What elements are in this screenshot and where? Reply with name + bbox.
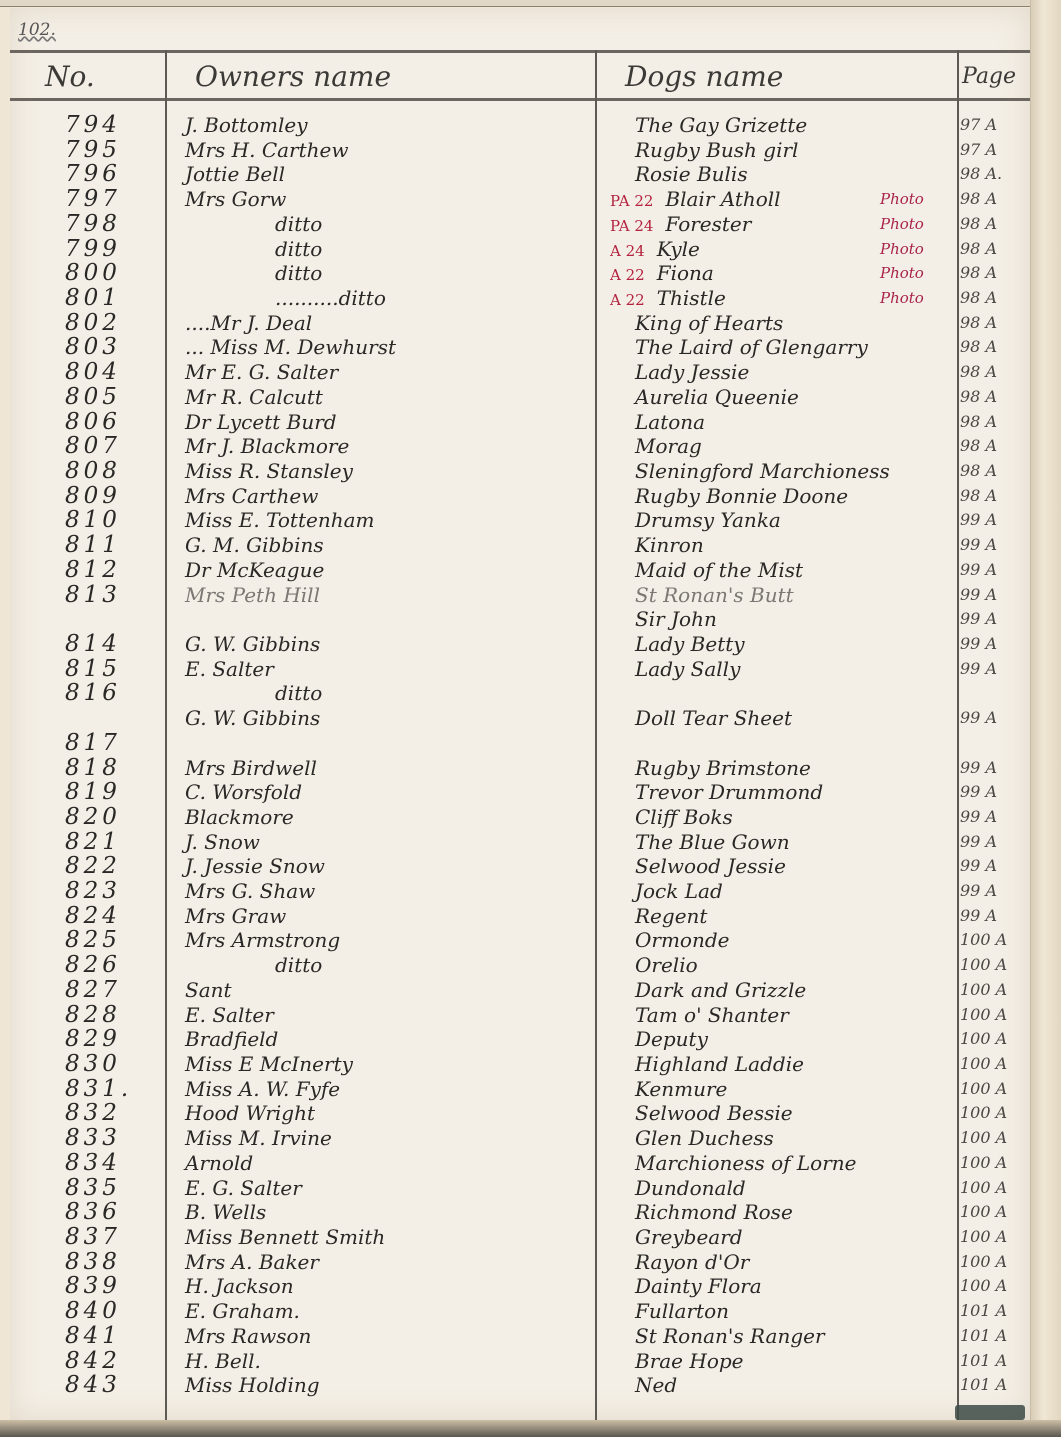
dog-name: Deputy (635, 1027, 708, 1051)
header-top-rule (10, 50, 1030, 53)
dog-name: Blair Atholl (665, 187, 780, 211)
dog-name: Lady Betty (635, 632, 745, 656)
owner-name: Miss Holding (185, 1370, 595, 1400)
dog-name: Marchioness of Lorne (635, 1151, 856, 1175)
dog-name: Dark and Grizzle (635, 978, 806, 1002)
column-header-owner: Owners name (195, 58, 391, 96)
entry-number: 843 (65, 1370, 175, 1400)
dog-name: Aurelia Queenie (635, 385, 799, 409)
dog-name: Drumsy Yanka (635, 508, 781, 532)
dog-name: Maid of the Mist (635, 558, 803, 582)
column-header-dog: Dogs name (625, 58, 783, 96)
dog-name: Trevor Drummond (635, 780, 823, 804)
dog-name: Dainty Flora (635, 1274, 762, 1298)
dog-name: Morag (635, 434, 702, 458)
registry-code: PA 22 (610, 192, 653, 210)
dog-name: Glen Duchess (635, 1126, 774, 1150)
dog-name: Sleningford Marchioness (635, 459, 890, 483)
dog-name: Greybeard (635, 1225, 743, 1249)
dog-name: The Laird of Glengarry (635, 335, 868, 359)
dog-name: Fiona (657, 261, 714, 285)
header-bottom-rule (10, 98, 1030, 101)
ledger-row: 843Miss HoldingNed101 A (10, 1370, 1030, 1400)
dog-name: Forester (665, 212, 751, 236)
book-bottom-edge (0, 1420, 1061, 1437)
dog-name: Doll Tear Sheet (635, 706, 792, 730)
book-top-edge (0, 0, 1061, 7)
dog-name: Orelio (635, 953, 698, 977)
registry-code: A 22 (610, 291, 645, 309)
dog-name: Lady Jessie (635, 360, 749, 384)
dog-name: The Gay Grizette (635, 113, 807, 137)
dog-name: Thistle (657, 286, 726, 310)
dog-name-cell: Ned (610, 1370, 975, 1400)
registry-code: PA 24 (610, 217, 653, 235)
dog-name: Cliff Boks (635, 805, 733, 829)
dog-name: Richmond Rose (635, 1200, 793, 1224)
column-header-no: No. (45, 58, 95, 96)
dog-name: Kinron (635, 533, 704, 557)
dog-name: Rosie Bulis (635, 162, 748, 186)
registry-code: A 22 (610, 266, 645, 284)
page-stack-edge (1030, 0, 1061, 1437)
dog-name: Sir John (635, 607, 717, 631)
dog-name: Highland Laddie (635, 1052, 804, 1076)
page-number: 102. (18, 20, 56, 40)
dog-name: Ormonde (635, 928, 729, 952)
dog-name: Ned (635, 1373, 677, 1397)
dog-name: Selwood Jessie (635, 854, 786, 878)
dog-name: St Ronan's Ranger (635, 1324, 825, 1348)
column-header-page: Page (962, 58, 1016, 96)
page-reference: 101 A (960, 1370, 1030, 1400)
dog-name: Fullarton (635, 1299, 729, 1323)
dog-name: Jock Lad (635, 879, 723, 903)
dog-name: Selwood Bessie (635, 1101, 793, 1125)
ink-smudge (955, 1405, 1025, 1420)
